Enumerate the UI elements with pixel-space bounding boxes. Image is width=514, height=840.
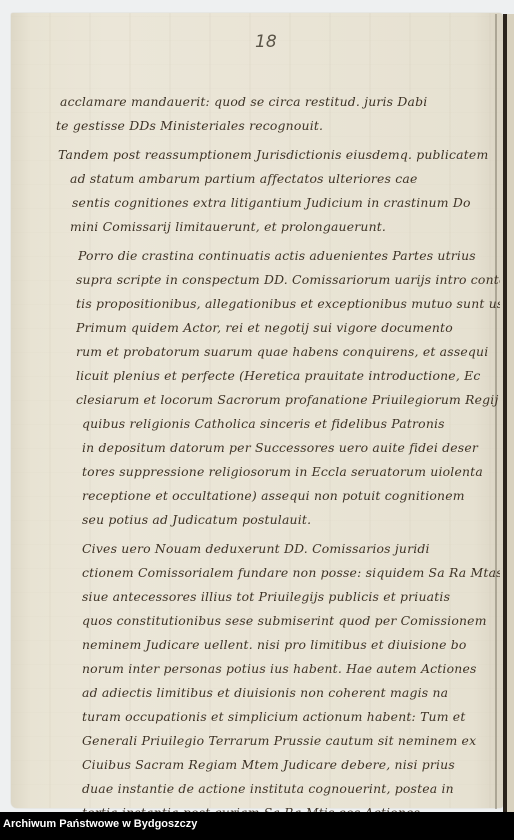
text-line: licuit plenius et perfecte (Heretica pra… bbox=[76, 364, 500, 388]
text-line: Generali Priuilegio Terrarum Prussie cau… bbox=[82, 729, 500, 753]
manuscript-text: acclamare mandauerit: quod se circa rest… bbox=[60, 90, 500, 812]
text-line: in depositum datorum per Successores uer… bbox=[82, 436, 500, 460]
text-line: Porro die crastina continuatis actis adu… bbox=[78, 244, 500, 268]
folio-number: 18 bbox=[255, 32, 277, 52]
text-line: quibus religionis Catholica sinceris et … bbox=[82, 412, 500, 436]
text-line: Ciuibus Sacram Regiam Mtem Judicare debe… bbox=[82, 753, 500, 777]
archive-name: Archiwum Państwowe w Bydgoszczy bbox=[3, 818, 197, 830]
text-line: tertia instantia post curiam Sa Ra Mtis … bbox=[82, 801, 500, 812]
text-line: rum et probatorum suarum quae habens con… bbox=[76, 340, 500, 364]
text-line: ad adiectis limitibus et diuisionis non … bbox=[82, 681, 500, 705]
text-line: Tandem post reassumptionem Jurisdictioni… bbox=[58, 143, 500, 167]
text-line: tis propositionibus, allegationibus et e… bbox=[76, 292, 500, 316]
text-line: te gestisse DDs Ministeriales recognouit… bbox=[56, 114, 500, 138]
text-line: turam occupationis et simplicium actionu… bbox=[82, 705, 500, 729]
binding-spine bbox=[503, 14, 514, 812]
text-line: sentis cognitiones extra litigantium Jud… bbox=[72, 191, 500, 215]
text-line: seu potius ad Judicatum postulauit. bbox=[82, 508, 500, 532]
document-viewer: 18 acclamare mandauerit: quod se circa r… bbox=[0, 0, 514, 812]
text-line: quos constitutionibus sese submiserint q… bbox=[82, 609, 500, 633]
text-line: Primum quidem Actor, rei et negotij sui … bbox=[76, 316, 500, 340]
text-line: clesiarum et locorum Sacrorum profanatio… bbox=[76, 388, 500, 412]
text-line: mini Comissarij limitauerunt, et prolong… bbox=[70, 215, 500, 239]
text-line: receptione et occultatione) assequi non … bbox=[82, 484, 500, 508]
text-line: Cives uero Nouam deduxerunt DD. Comissar… bbox=[82, 537, 500, 561]
text-line: ad statum ambarum partium affectatos ult… bbox=[70, 167, 500, 191]
text-line: duae instantie de actione instituta cogn… bbox=[82, 777, 500, 801]
text-line: tores suppressione religiosorum in Eccla… bbox=[82, 460, 500, 484]
text-line: supra scripte in conspectum DD. Comissar… bbox=[76, 268, 500, 292]
text-line: siue antecessores illius tot Priuilegijs… bbox=[82, 585, 500, 609]
text-line: norum inter personas potius ius habent. … bbox=[82, 657, 500, 681]
archive-caption-bar: Archiwum Państwowe w Bydgoszczy bbox=[0, 812, 514, 840]
text-line: acclamare mandauerit: quod se circa rest… bbox=[60, 90, 500, 114]
text-line: ctionem Comissorialem fundare non posse:… bbox=[82, 561, 500, 585]
text-line: neminem Judicare uellent. nisi pro limit… bbox=[82, 633, 500, 657]
